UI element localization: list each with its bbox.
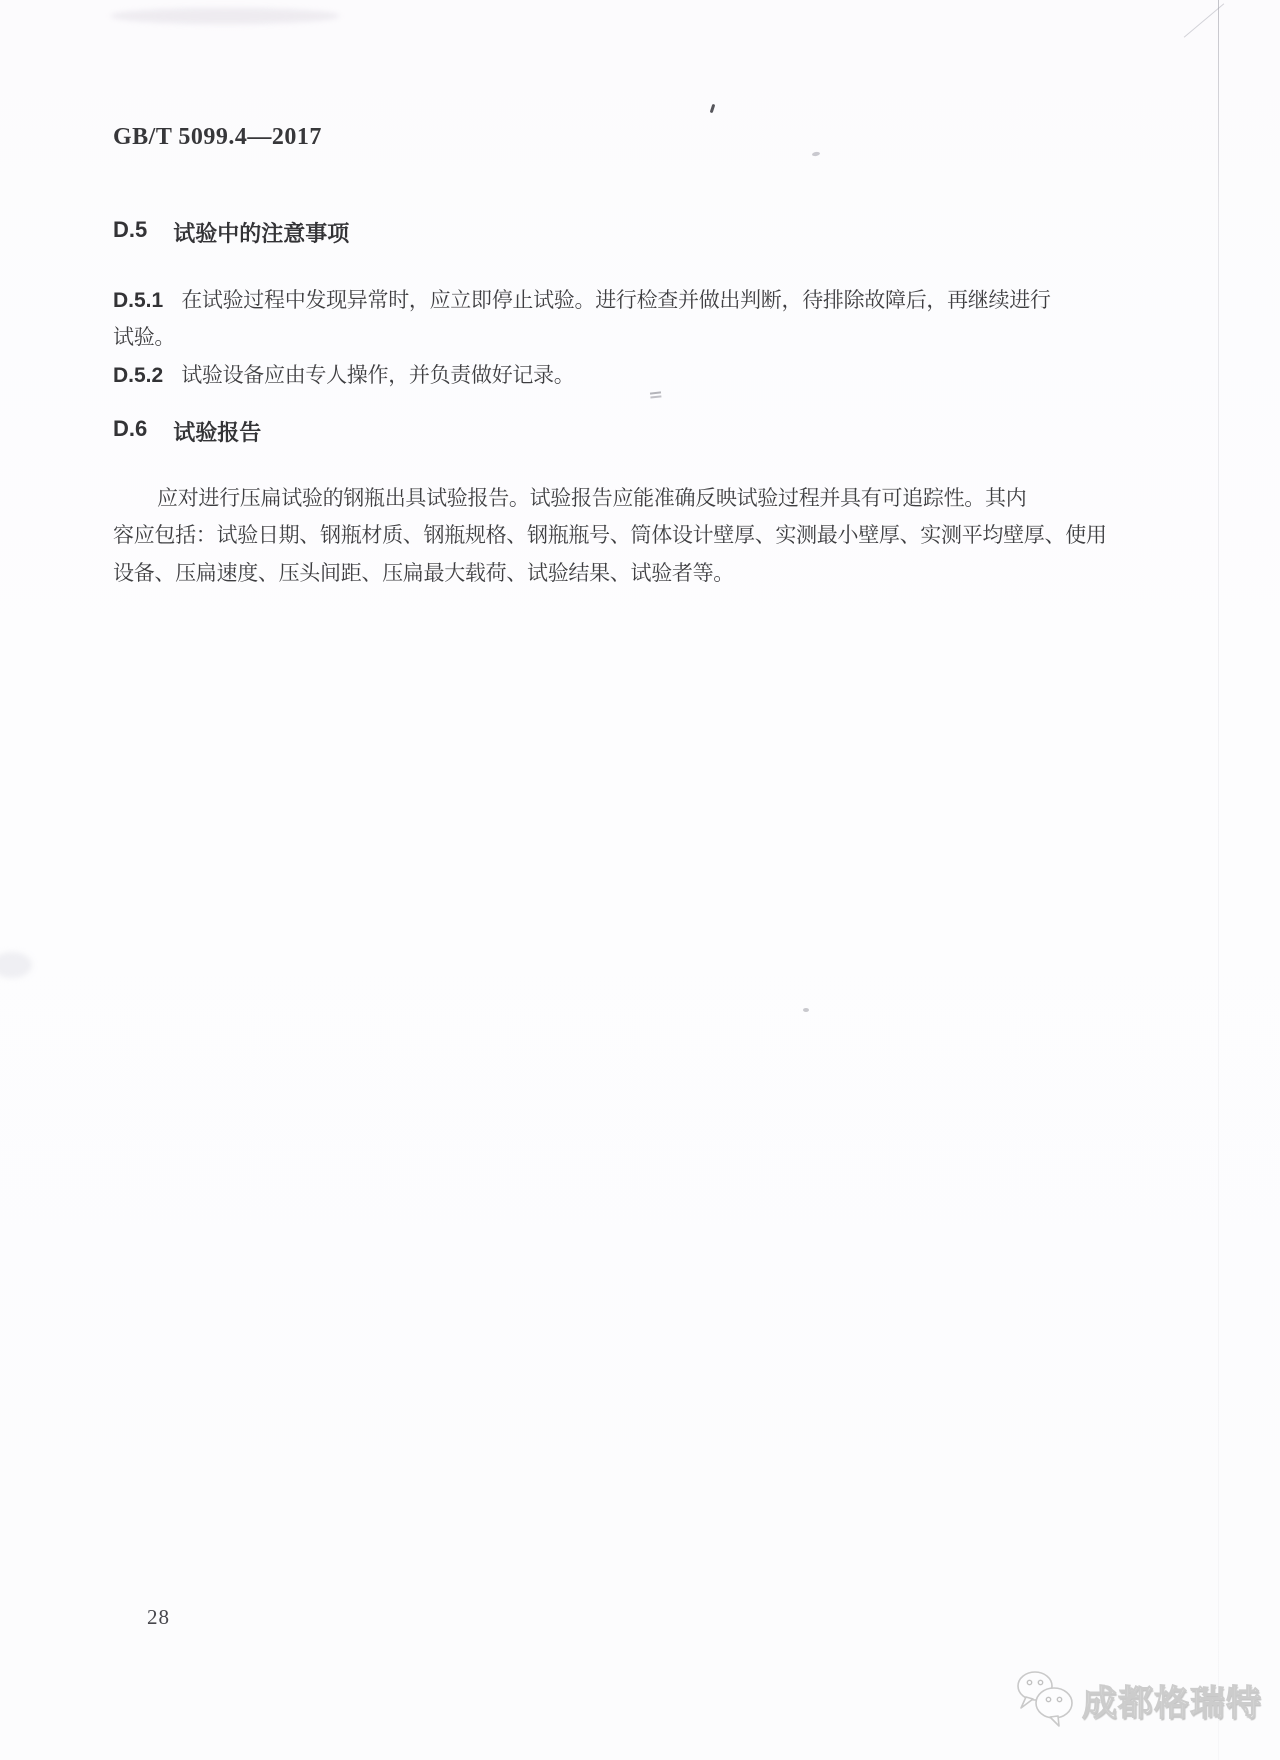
- section-d5-heading: D.5 试验中的注意事项: [113, 217, 349, 248]
- clause-d51-text: 在试验过程中发现异常时，应立即停止试验。进行检查并做出判断，待排除故障后，再继续…: [181, 282, 1050, 320]
- scan-speck-2: [812, 151, 821, 156]
- section-d6-heading: D.6 试验报告: [113, 416, 261, 447]
- scan-corner-crease: [1184, 3, 1224, 37]
- scan-speck-4: [803, 1008, 809, 1012]
- scan-speck-1: [710, 104, 716, 113]
- scan-page-edge-line: [1218, 0, 1219, 1760]
- page-number: 28: [147, 1605, 170, 1630]
- d6-paragraph-line1: 应对进行压扁试验的钢瓶出具试验报告。试验报告应能准确反映试验过程并具有可追踪性。…: [113, 480, 1026, 518]
- watermark: 成都格瑞特: [1014, 1666, 1262, 1735]
- scan-speck-3: [650, 391, 661, 394]
- clause-d51-number: D.5.1: [113, 282, 163, 320]
- watermark-text: 成都格瑞特: [1082, 1676, 1262, 1726]
- clause-d52-number: D.5.2: [113, 357, 163, 395]
- d6-paragraph-line3: 设备、压扁速度、压头间距、压扁最大载荷、试验结果、试验者等。: [113, 555, 734, 593]
- clause-d52-text: 试验设备应由专人操作，并负责做好记录。: [181, 357, 574, 395]
- scan-smudge-top: [110, 8, 340, 24]
- section-d6-title: 试验报告: [173, 416, 261, 447]
- standard-number-header: GB/T 5099.4—2017: [113, 124, 322, 151]
- section-d5-number: D.5: [113, 217, 147, 248]
- clause-d52-line: D.5.2 试验设备应由专人操作，并负责做好记录。: [113, 357, 575, 395]
- clause-d51-line2: 试验。: [113, 319, 175, 357]
- section-d5-title: 试验中的注意事项: [173, 217, 349, 248]
- document-page: GB/T 5099.4—2017 D.5 试验中的注意事项 D.5.1 在试验过…: [0, 0, 1280, 1760]
- section-d6-number: D.6: [113, 416, 147, 447]
- scan-smudge-left: [0, 952, 32, 978]
- clause-d51-line1: D.5.1 在试验过程中发现异常时，应立即停止试验。进行检查并做出判断，待排除故…: [113, 282, 1051, 320]
- d6-paragraph-line2: 容应包括：试验日期、钢瓶材质、钢瓶规格、钢瓶瓶号、筒体设计壁厚、实测最小壁厚、实…: [113, 517, 1107, 555]
- wechat-logo-icon: [1014, 1666, 1076, 1735]
